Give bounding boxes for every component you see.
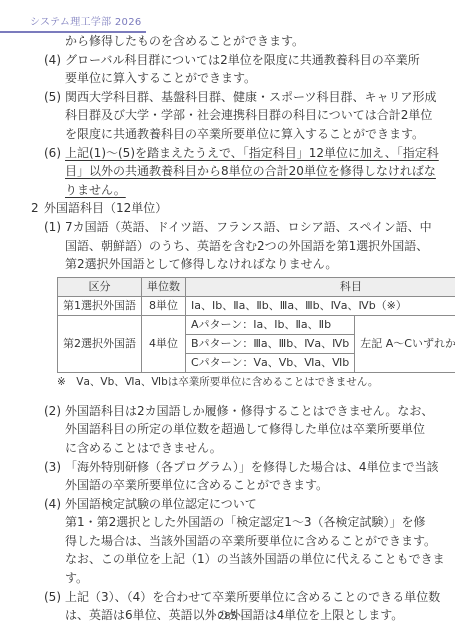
item-line: す。 [44, 569, 446, 588]
item-line: 外国語科目の所定の単位数を超過して修得した単位は卒業所要単位 [44, 420, 446, 439]
table-row: 第2選択外国語 4単位 Aパターン：Ⅰa、Ⅰb、Ⅱa、Ⅱb 左記 A～Cいずれか… [58, 315, 455, 334]
item-label: (4) [44, 51, 65, 70]
item-line: 外国語の卒業所要単位に含めることができます。 [44, 476, 446, 495]
item-line: 第2選択外国語として修得しなければなりません。 [44, 255, 446, 274]
spacer [44, 390, 446, 402]
cell-category: 第2選択外国語 [58, 315, 142, 372]
cell-category: 第1選択外国語 [58, 296, 142, 315]
item-line: 7カ国語（英語、ドイツ語、フランス語、ロシア語、スペイン語、中 [65, 218, 432, 237]
cell-units: 4単位 [142, 315, 186, 372]
col-header-units: 単位数 [142, 277, 186, 296]
item-line: グローバル科目群については2単位を限度に共通教養科目の卒業所 [65, 51, 420, 70]
item-line-underlined: 上記(1)～(5)を踏まえたうえで、「指定科目」12単位に加え、「指定科 [65, 144, 439, 163]
continuation-line: から修得したものを含めることができます。 [44, 32, 446, 51]
item-line: を限度に共通教養科目の卒業所要単位に算入することができます。 [44, 125, 446, 144]
page-body: から修得したものを含めることができます。 (4) グローバル科目群については2単… [44, 32, 446, 625]
table-row: 第1選択外国語 8単位 Ⅰa、Ⅰb、Ⅱa、Ⅱb、Ⅲa、Ⅲb、Ⅳa、Ⅳb（※） [58, 296, 455, 315]
page-number: - 285 - [0, 611, 455, 622]
cell-subjects: Ⅰa、Ⅰb、Ⅱa、Ⅱb、Ⅲa、Ⅲb、Ⅳa、Ⅳb（※） [186, 296, 455, 315]
section-title: 外国語科目（12単位） [44, 199, 167, 218]
item-line: 外国語検定試験の単位認定について [65, 495, 257, 514]
cell-pattern-b: Bパターン：Ⅲa、Ⅲb、Ⅳa、Ⅳb [186, 334, 355, 353]
item-line: 上記（3）、（4）を合わせて卒業所要単位に含めることのできる単位数 [65, 588, 440, 607]
list-item-2-1: (1) 7カ国語（英語、ドイツ語、フランス語、ロシア語、スペイン語、中 国語、朝… [44, 218, 446, 274]
item-label: (2) [44, 402, 65, 421]
col-header-category: 区分 [58, 277, 142, 296]
list-item-2-4: (4) 外国語検定試験の単位認定について 第1・第2選択とした外国語の「検定認定… [44, 495, 446, 588]
item-line: 科目群及び大学・学部・社会連携科目群の科目については合計2単位 [44, 106, 446, 125]
list-item-2-2: (2) 外国語科目は2カ国語しか履修・修得することはできません。なお、 外国語科… [44, 402, 446, 458]
item-line: 国語、朝鮮語）のうち、英語を含む2つの外国語を第1選択外国語、 [44, 237, 446, 256]
list-item-5: (5) 関西大学科目群、基盤科目群、健康・スポーツ科目群、キャリア形成 科目群及… [44, 88, 446, 144]
item-line-underlined: 目」以外の共通教養科目から8単位の合計20単位を修得しなければな [65, 164, 436, 178]
item-line: 要単位に算入することができます。 [44, 69, 446, 88]
item-line: 「海外特別研修（各プログラム）」を修得した場合は、4単位まで当該 [65, 458, 439, 477]
section-number: 2 [31, 199, 44, 218]
document-page: システム理工学部 2026 から修得したものを含めることができます。 (4) グ… [0, 0, 455, 644]
faculty-header-label: システム理工学部 2026 [30, 17, 142, 28]
item-label: (5) [44, 88, 65, 107]
item-label: (1) [44, 218, 65, 237]
item-line: 得した場合は、当該外国語の卒業所要単位に含めることができます。 [44, 532, 446, 551]
language-subjects-table: 区分 単位数 科目 第1選択外国語 8単位 Ⅰa、Ⅰb、Ⅱa、Ⅱb、Ⅲa、Ⅲb、… [57, 277, 455, 373]
item-label: (3) [44, 458, 65, 477]
cell-pattern-a: Aパターン：Ⅰa、Ⅰb、Ⅱa、Ⅱb [186, 315, 355, 334]
table-wrapper: 区分 単位数 科目 第1選択外国語 8単位 Ⅰa、Ⅰb、Ⅱa、Ⅱb、Ⅲa、Ⅲb、… [57, 277, 446, 373]
item-label: (4) [44, 495, 65, 514]
cell-units: 8単位 [142, 296, 186, 315]
item-line: 第1・第2選択とした外国語の「検定認定1～3（各検定試験）」を修 [44, 513, 446, 532]
item-label: (6) [44, 144, 65, 163]
col-header-subjects: 科目 [186, 277, 455, 296]
item-line-underlined: りません。 [65, 183, 126, 197]
item-line: 外国語科目は2カ国語しか履修・修得することはできません。なお、 [65, 402, 433, 421]
section-heading: 2 外国語科目（12単位） [31, 199, 446, 218]
item-line: に含めることはできません。 [44, 439, 446, 458]
cell-pattern-c: Cパターン：Ⅴa、Ⅴb、Ⅵa、Ⅵb [186, 353, 355, 372]
list-item-4: (4) グローバル科目群については2単位を限度に共通教養科目の卒業所 要単位に算… [44, 51, 446, 88]
item-label: (5) [44, 588, 65, 607]
page-header: システム理工学部 2026 [0, 0, 146, 33]
item-line: 関西大学科目群、基盤科目群、健康・スポーツ科目群、キャリア形成 [65, 88, 437, 107]
table-footnote: ※ Ⅴa、Ⅴb、Ⅵa、Ⅵbは卒業所要単位に含めることはできません。 [57, 374, 446, 390]
table-header-row: 区分 単位数 科目 [58, 277, 455, 296]
item-line: なお、この単位を上記（1）の当該外国語の単位に代えることもできま [44, 550, 446, 569]
list-item-2-3: (3) 「海外特別研修（各プログラム）」を修得した場合は、4単位まで当該 外国語… [44, 458, 446, 495]
list-item-6: (6) 上記(1)～(5)を踏まえたうえで、「指定科目」12単位に加え、「指定科… [44, 144, 446, 200]
cell-side-note: 左記 A～Cいずれかのパターン [355, 315, 455, 372]
